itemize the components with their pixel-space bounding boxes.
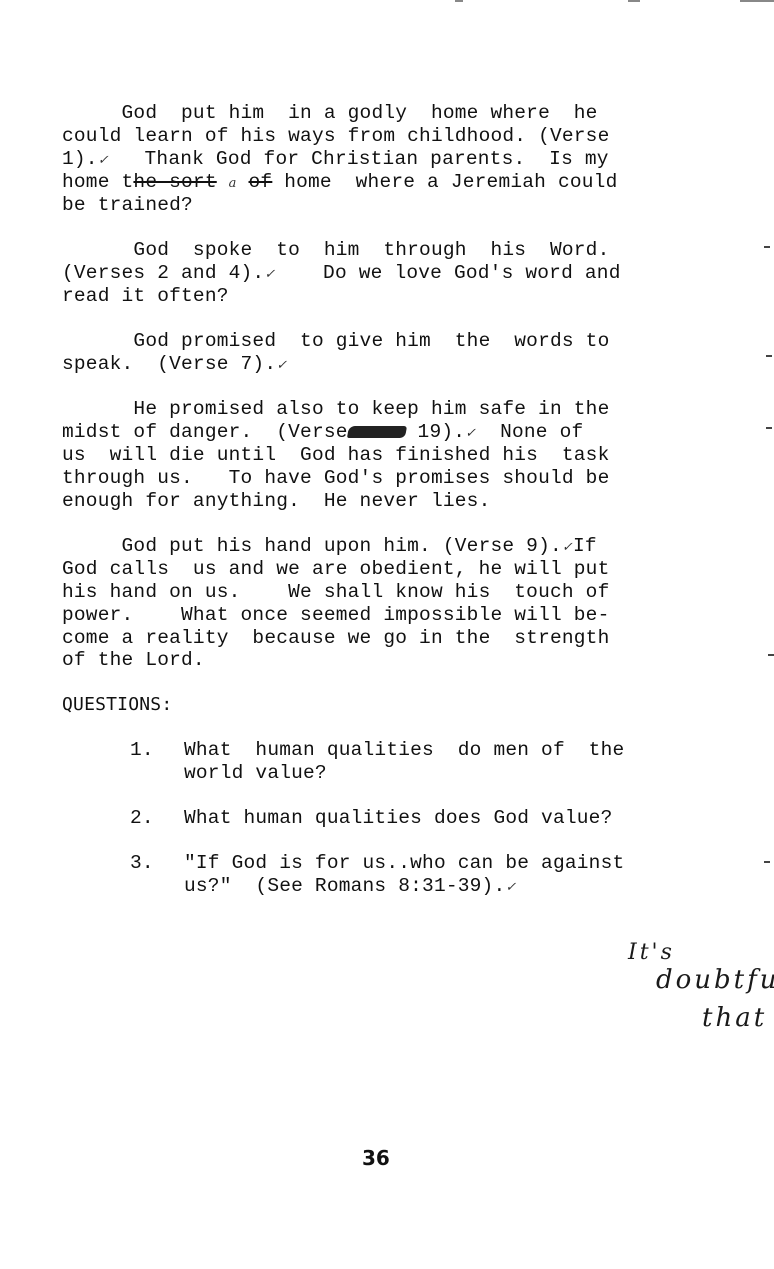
paragraph-1-line-1: God put him in a godly home where he — [62, 102, 598, 124]
text: us?" (See Romans 8:31-39). — [184, 875, 505, 897]
document-page: God put him in a godly home where he cou… — [0, 0, 774, 1269]
scan-artifact — [740, 0, 774, 2]
text: God put his hand upon him. (Verse 9). — [62, 535, 562, 557]
paragraph-2-line-3: read it often? — [62, 285, 229, 307]
text: Do we love God's word and — [275, 262, 620, 284]
paragraph-3-line-2: speak. (Verse 7).✓ — [62, 353, 287, 377]
scan-artifact — [628, 0, 640, 2]
text: Thank God for Christian parents. Is my — [109, 148, 609, 170]
scan-artifact — [764, 861, 770, 863]
scan-artifact — [764, 246, 770, 248]
paragraph-5-line-6: of the Lord. — [62, 649, 205, 671]
text: home t — [62, 171, 133, 193]
text: (Verses 2 and 4). — [62, 262, 264, 284]
page-number: 36 — [362, 1146, 390, 1170]
question-3-number: 3. — [130, 852, 154, 874]
paragraph-5-line-4: power. What once seemed impossible will … — [62, 604, 610, 626]
paragraph-2-line-1: God spoke to him through his Word. — [62, 239, 610, 261]
paragraph-1-line-3: 1).✓ Thank God for Christian parents. Is… — [62, 148, 609, 172]
text: home where a Jeremiah could — [272, 171, 617, 193]
text: If — [573, 535, 597, 557]
scan-artifact — [766, 427, 772, 429]
handwritten-note-line-1: It's — [628, 940, 675, 965]
check-mark-icon: ✓ — [562, 540, 573, 555]
text: 19). — [406, 421, 466, 443]
handwritten-note-line-3: that — [702, 1003, 767, 1033]
question-3-line-2: us?" (See Romans 8:31-39).✓ — [184, 875, 516, 899]
paragraph-4-line-5: enough for anything. He never lies. — [62, 490, 490, 512]
paragraph-4-line-3: us will die until God has finished his t… — [62, 444, 610, 466]
question-1-line-1: What human qualities do men of the — [184, 739, 624, 761]
question-1-line-2: world value? — [184, 762, 327, 784]
paragraph-4-line-2: midst of danger. (Verse 19).✓ None of — [62, 421, 583, 445]
scan-artifact — [768, 654, 774, 656]
paragraph-4-line-4: through us. To have God's promises shoul… — [62, 467, 610, 489]
ink-blot — [347, 426, 407, 438]
text: speak. (Verse 7). — [62, 353, 276, 375]
text: 1). — [62, 148, 98, 170]
handwritten-note-line-2: doubtful — [656, 965, 774, 995]
check-mark-icon: ✓ — [465, 426, 476, 441]
question-1-number: 1. — [130, 739, 154, 761]
handwritten-insert: a — [229, 176, 237, 191]
paragraph-5-line-2: God calls us and we are obedient, he wil… — [62, 558, 610, 580]
check-mark-icon: ✓ — [98, 153, 109, 168]
scan-artifact — [455, 0, 463, 2]
paragraph-5-line-1: God put his hand upon him. (Verse 9).✓If — [62, 535, 597, 559]
paragraph-5-line-5: come a reality because we go in the stre… — [62, 627, 610, 649]
struck-text: he sort — [133, 171, 216, 193]
text: None of — [476, 421, 583, 443]
paragraph-5-line-3: his hand on us. We shall know his touch … — [62, 581, 610, 603]
check-mark-icon: ✓ — [264, 267, 275, 282]
scan-artifact — [766, 355, 772, 357]
paragraph-2-line-2: (Verses 2 and 4).✓ Do we love God's word… — [62, 262, 621, 286]
check-mark-icon: ✓ — [505, 880, 516, 895]
check-mark-icon: ✓ — [276, 358, 287, 373]
paragraph-1-line-2: could learn of his ways from childhood. … — [62, 125, 610, 147]
paragraph-1-line-5: be trained? — [62, 194, 193, 216]
questions-heading: QUESTIONS: — [62, 694, 172, 716]
struck-text: of — [249, 171, 273, 193]
question-2-line-1: What human qualities does God value? — [184, 807, 612, 829]
paragraph-3-line-1: God promised to give him the words to — [62, 330, 610, 352]
text: midst of danger. (Verse — [62, 421, 348, 443]
paragraph-4-line-1: He promised also to keep him safe in the — [62, 398, 610, 420]
paragraph-1-line-4: home the sort a of home where a Jeremiah… — [62, 171, 617, 195]
question-3-line-1: "If God is for us..who can be against — [184, 852, 624, 874]
question-2-number: 2. — [130, 807, 154, 829]
